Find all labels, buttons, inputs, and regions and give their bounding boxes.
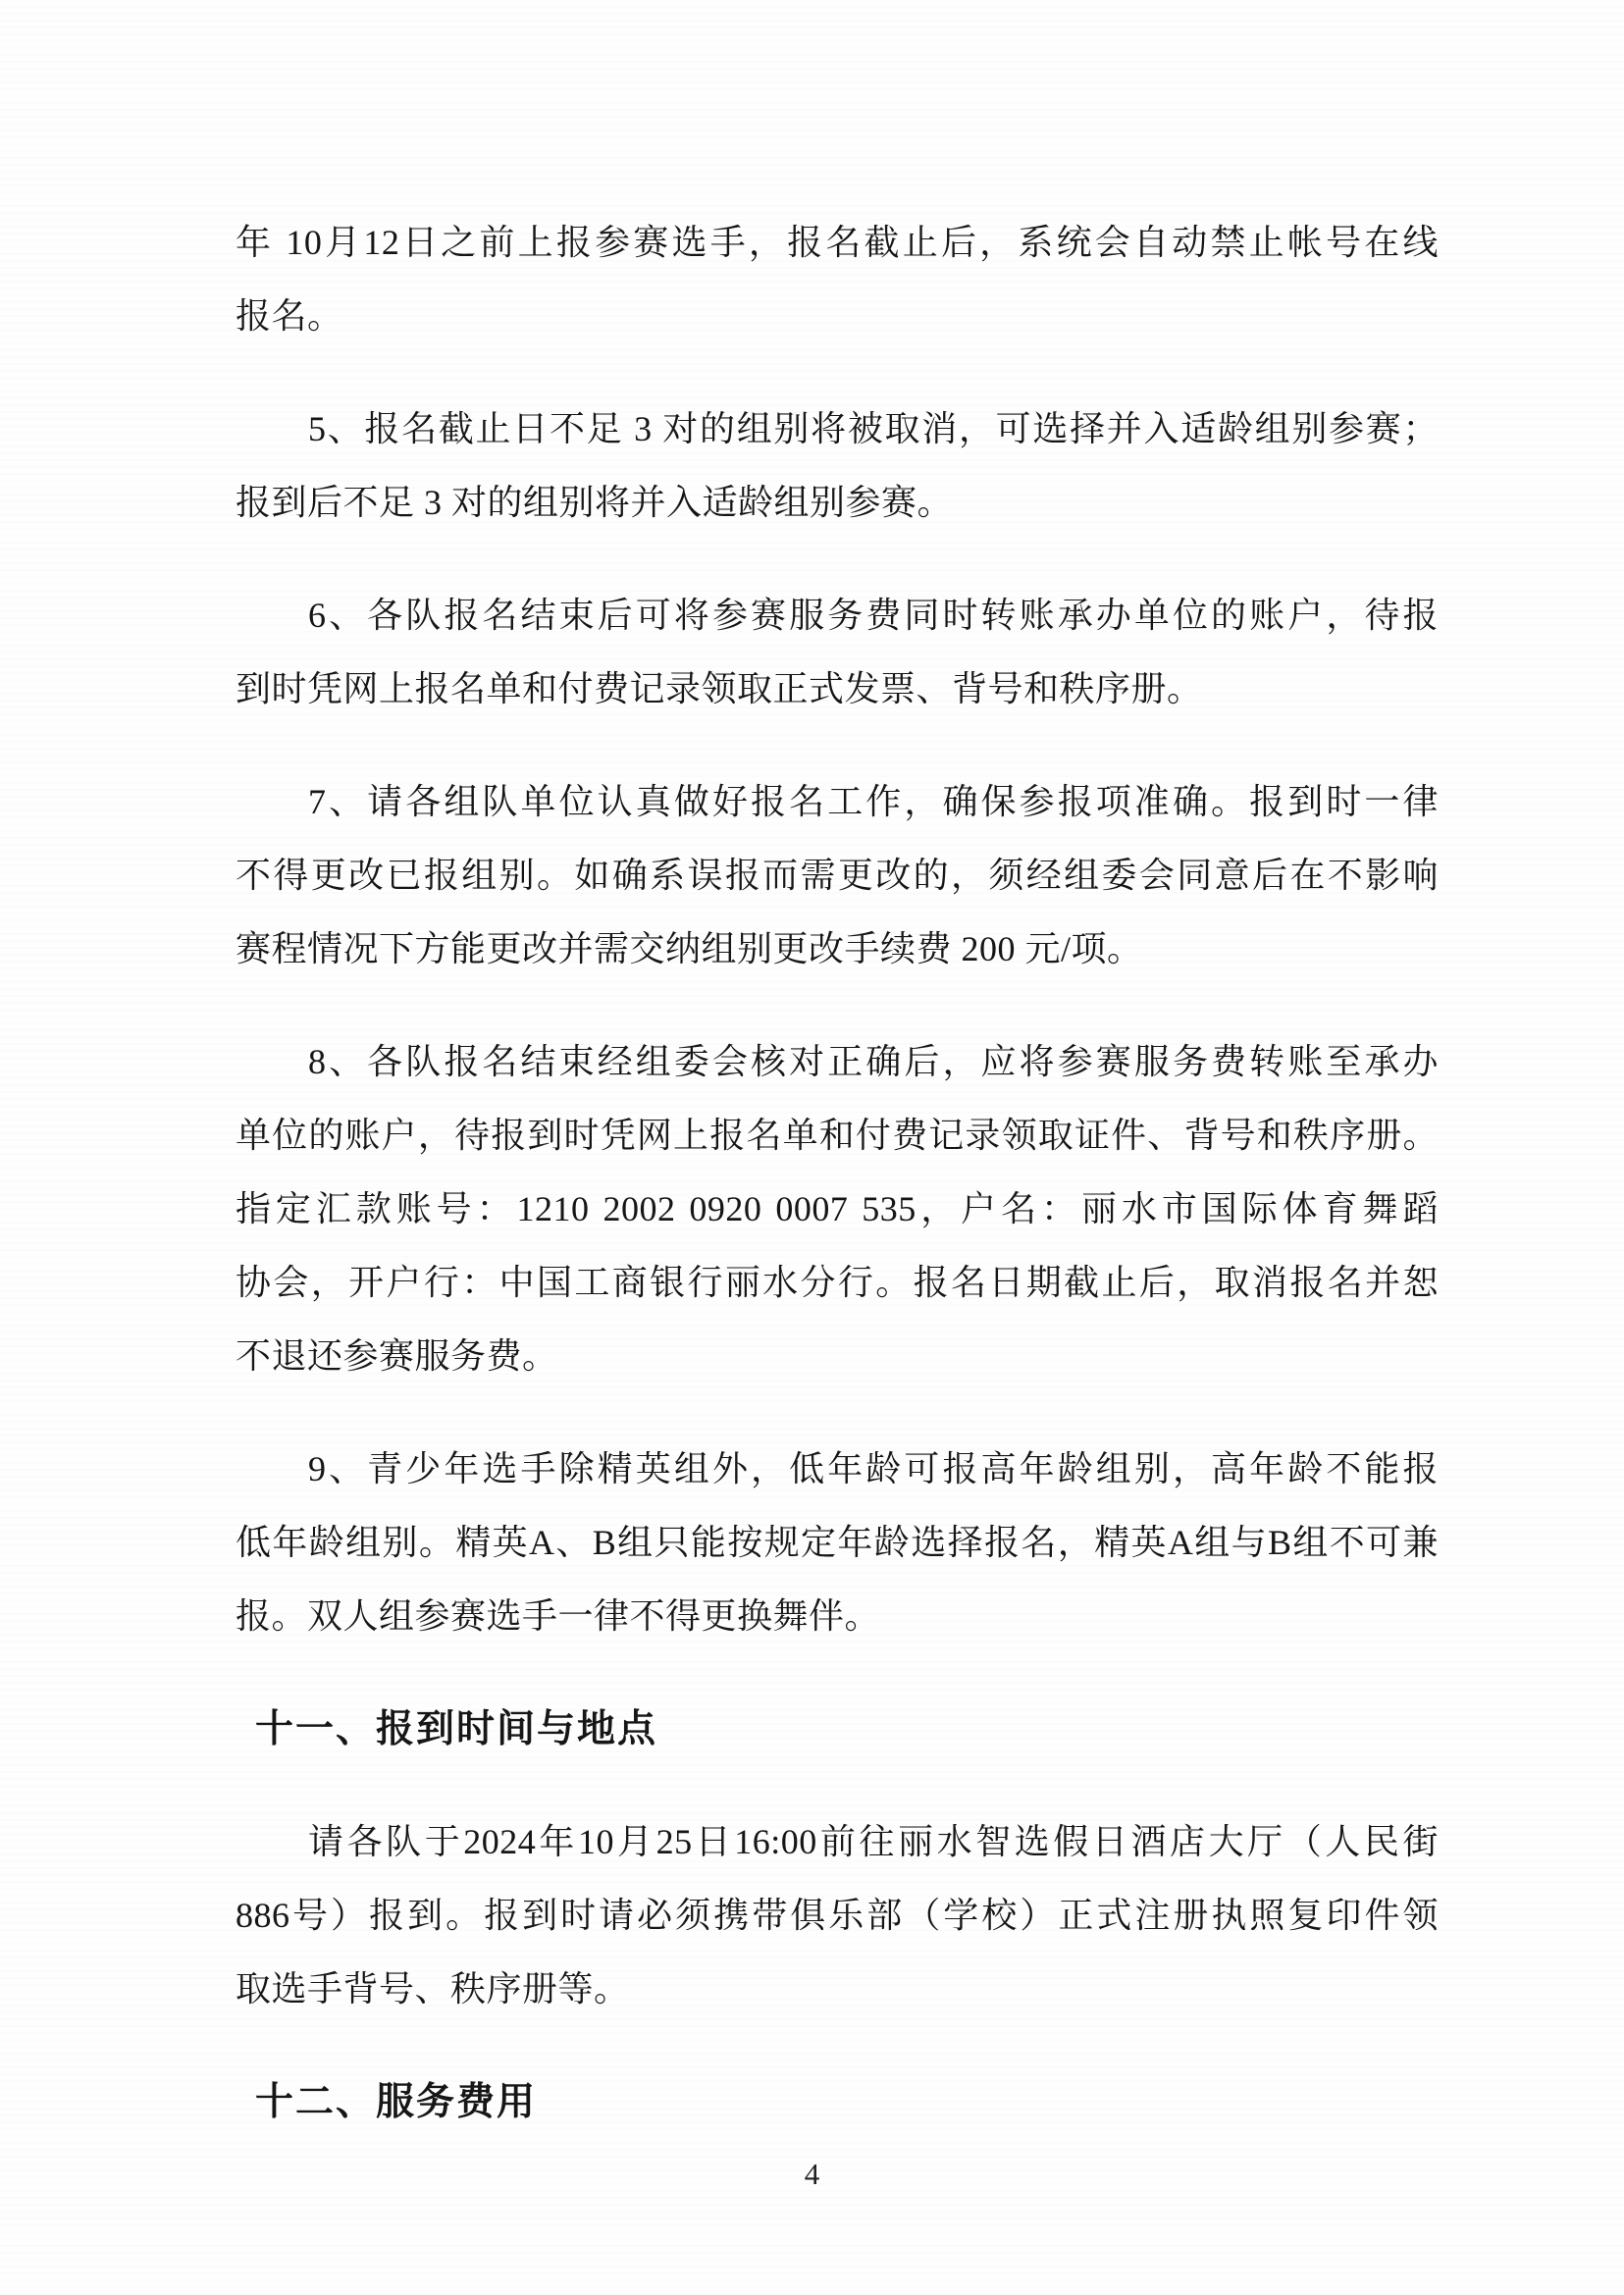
section-heading-text: 十一、报到时间与地点	[236, 1693, 1439, 1766]
text-line: 886号）报到。报到时请必须携带俱乐部（学校）正式注册执照复印件领	[236, 1879, 1439, 1953]
paragraph-item-7: 7、请各组队单位认真做好报名工作，确保参报项准确。报到时一律 不得更改已报组别。…	[236, 765, 1439, 986]
text-line: 5、报名截止日不足 3 对的组别将被取消，可选择并入适龄组别参赛；	[236, 392, 1439, 466]
paragraph-item-9: 9、青少年选手除精英组外，低年龄可报高年龄组别，高年龄不能报 低年龄组别。精英A…	[236, 1433, 1439, 1653]
section-heading-text: 十二、服务费用	[236, 2065, 1439, 2139]
paragraph-item-8: 8、各队报名结束经组委会核对正确后，应将参赛服务费转账至承办 单位的账户，待报到…	[236, 1025, 1439, 1393]
section-heading-11: 十一、报到时间与地点	[236, 1693, 1439, 1766]
text-line: 年 10月12日之前上报参赛选手，报名截止后，系统会自动禁止帐号在线	[236, 206, 1439, 280]
text-line: 取选手背号、秩序册等。	[236, 1953, 1439, 2026]
text-content: 年 10月12日之前上报参赛选手，报名截止后，系统会自动禁止帐号在线 报名。 5…	[236, 206, 1439, 2139]
text-line: 不退还参赛服务费。	[236, 1320, 1439, 1393]
text-line: 到时凭网上报名单和付费记录领取正式发票、背号和秩序册。	[236, 652, 1439, 726]
text-line: 报。双人组参赛选手一律不得更换舞伴。	[236, 1580, 1439, 1653]
text-line: 协会，开户行：中国工商银行丽水分行。报名日期截止后，取消报名并恕	[236, 1246, 1439, 1320]
text-line: 8、各队报名结束经组委会核对正确后，应将参赛服务费转账至承办	[236, 1025, 1439, 1099]
paragraph-item-6: 6、各队报名结束后可将参赛服务费同时转账承办单位的账户，待报 到时凭网上报名单和…	[236, 579, 1439, 726]
paragraph-continuation: 年 10月12日之前上报参赛选手，报名截止后，系统会自动禁止帐号在线 报名。	[236, 206, 1439, 353]
text-line: 9、青少年选手除精英组外，低年龄可报高年龄组别，高年龄不能报	[236, 1433, 1439, 1506]
paragraph-checkin: 请各队于2024年10月25日16:00前往丽水智选假日酒店大厅（人民街 886…	[236, 1805, 1439, 2026]
text-line: 请各队于2024年10月25日16:00前往丽水智选假日酒店大厅（人民街	[236, 1805, 1439, 1879]
text-line: 报到后不足 3 对的组别将并入适龄组别参赛。	[236, 466, 1439, 540]
document-page: 年 10月12日之前上报参赛选手，报名截止后，系统会自动禁止帐号在线 报名。 5…	[0, 0, 1624, 2295]
text-line: 单位的账户，待报到时凭网上报名单和付费记录领取证件、背号和秩序册。	[236, 1099, 1439, 1173]
text-line: 7、请各组队单位认真做好报名工作，确保参报项准确。报到时一律	[236, 765, 1439, 839]
paragraph-item-5: 5、报名截止日不足 3 对的组别将被取消，可选择并入适龄组别参赛； 报到后不足 …	[236, 392, 1439, 540]
text-line: 不得更改已报组别。如确系误报而需更改的，须经组委会同意后在不影响	[236, 839, 1439, 913]
page-number: 4	[0, 2155, 1624, 2194]
text-line: 赛程情况下方能更改并需交纳组别更改手续费 200 元/项。	[236, 913, 1439, 986]
text-line: 报名。	[236, 280, 1439, 353]
text-line: 低年龄组别。精英A、B组只能按规定年龄选择报名，精英A组与B组不可兼	[236, 1506, 1439, 1580]
text-line: 6、各队报名结束后可将参赛服务费同时转账承办单位的账户，待报	[236, 579, 1439, 652]
section-heading-12: 十二、服务费用	[236, 2065, 1439, 2139]
text-line: 指定汇款账号：1210 2002 0920 0007 535，户名：丽水市国际体…	[236, 1173, 1439, 1246]
